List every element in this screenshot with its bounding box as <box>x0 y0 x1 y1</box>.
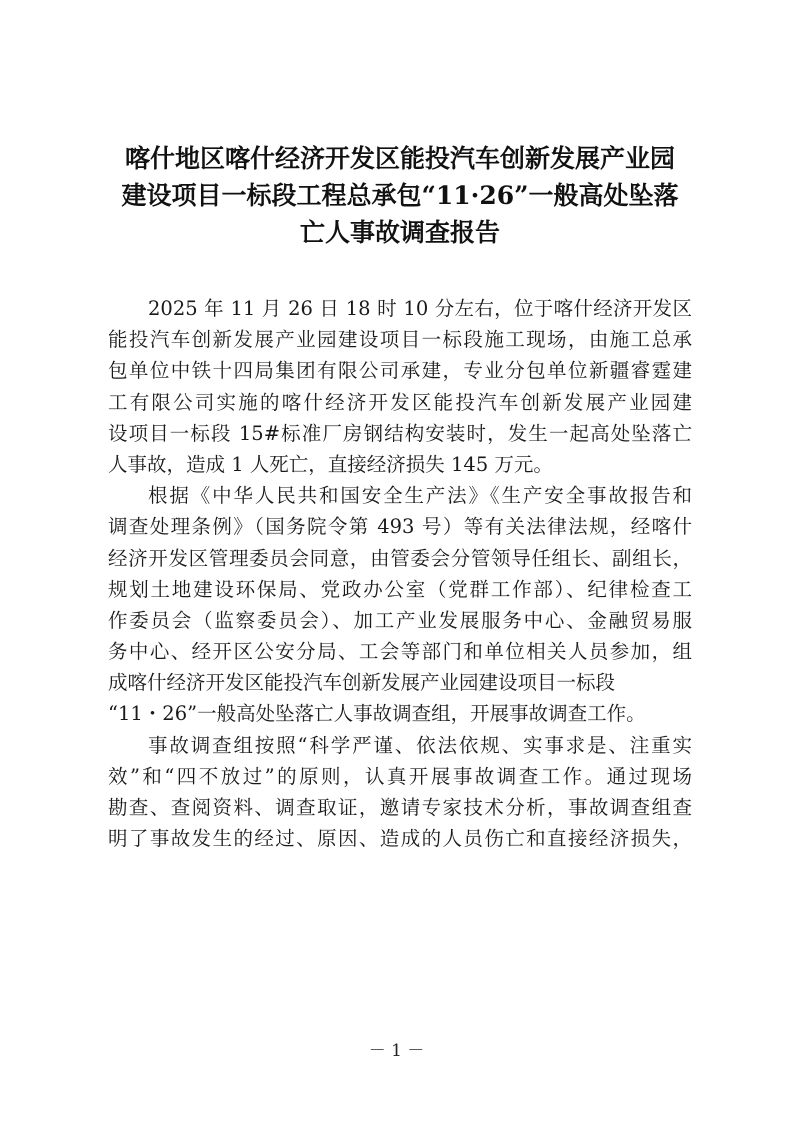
title-line: 建设项目一标段工程总承包“11·26”一般高处坠落 <box>100 177 700 214</box>
text-line: 能投汽车创新发展产业园建设项目一标段施工现场，由施工总承 <box>108 324 692 355</box>
paragraph-incident-summary: 2025 年 11 月 26 日 18 时 10 分左右，位于喀什经济开发区 能… <box>108 293 692 480</box>
paragraph-legal-basis: 根据《中华人民共和国安全生产法》《生产安全事故报告和 调查处理条例》（国务院令第… <box>108 480 692 730</box>
text-line: 工有限公司实施的喀什经济开发区能投汽车创新发展产业园建 <box>108 387 692 418</box>
paragraph-investigation-principles: 事故调查组按照“科学严谨、依法依规、实事求是、注重实 效”和“四不放过”的原则，… <box>108 730 692 855</box>
text-line: 2025 年 11 月 26 日 18 时 10 分左右，位于喀什经济开发区 <box>108 293 692 324</box>
text-line: “11・26”一般高处坠落亡人事故调查组，开展事故调查工作。 <box>108 698 692 729</box>
text-line: 设项目一标段 15#标准厂房钢结构安装时，发生一起高处坠落亡 <box>108 418 692 449</box>
text-line: 根据《中华人民共和国安全生产法》《生产安全事故报告和 <box>108 480 692 511</box>
text-line: 成喀什经济开发区能投汽车创新发展产业园建设项目一标段 <box>108 667 692 698</box>
text-line: 务中心、经开区公安分局、工会等部门和单位相关人员参加，组 <box>108 636 692 667</box>
document-page: 喀什地区喀什经济开发区能投汽车创新发展产业园 建设项目一标段工程总承包“11·2… <box>0 0 793 1122</box>
text-line: 事故调查组按照“科学严谨、依法依规、实事求是、注重实 <box>108 730 692 761</box>
text-line: 调查处理条例》（国务院令第 493 号）等有关法律法规，经喀什 <box>108 511 692 542</box>
document-title: 喀什地区喀什经济开发区能投汽车创新发展产业园 建设项目一标段工程总承包“11·2… <box>100 140 700 251</box>
page-number: － 1 － <box>0 1036 793 1061</box>
text-line: 明了事故发生的经过、原因、造成的人员伤亡和直接经济损失， <box>108 823 692 854</box>
title-line: 亡人事故调查报告 <box>100 214 700 251</box>
text-line: 勘查、查阅资料、调查取证，邀请专家技术分析，事故调查组查 <box>108 792 692 823</box>
text-line: 规划土地建设环保局、党政办公室（党群工作部）、纪律检查工 <box>108 574 692 605</box>
title-line: 喀什地区喀什经济开发区能投汽车创新发展产业园 <box>100 140 700 177</box>
text-line: 效”和“四不放过”的原则，认真开展事故调查工作。通过现场 <box>108 761 692 792</box>
text-line: 包单位中铁十四局集团有限公司承建，专业分包单位新疆睿霆建 <box>108 355 692 386</box>
document-body: 2025 年 11 月 26 日 18 时 10 分左右，位于喀什经济开发区 能… <box>108 293 692 854</box>
text-line: 作委员会（监察委员会）、加工产业发展服务中心、金融贸易服 <box>108 605 692 636</box>
text-line: 人事故，造成 1 人死亡，直接经济损失 145 万元。 <box>108 449 692 480</box>
text-line: 经济开发区管理委员会同意，由管委会分管领导任组长、副组长， <box>108 543 692 574</box>
